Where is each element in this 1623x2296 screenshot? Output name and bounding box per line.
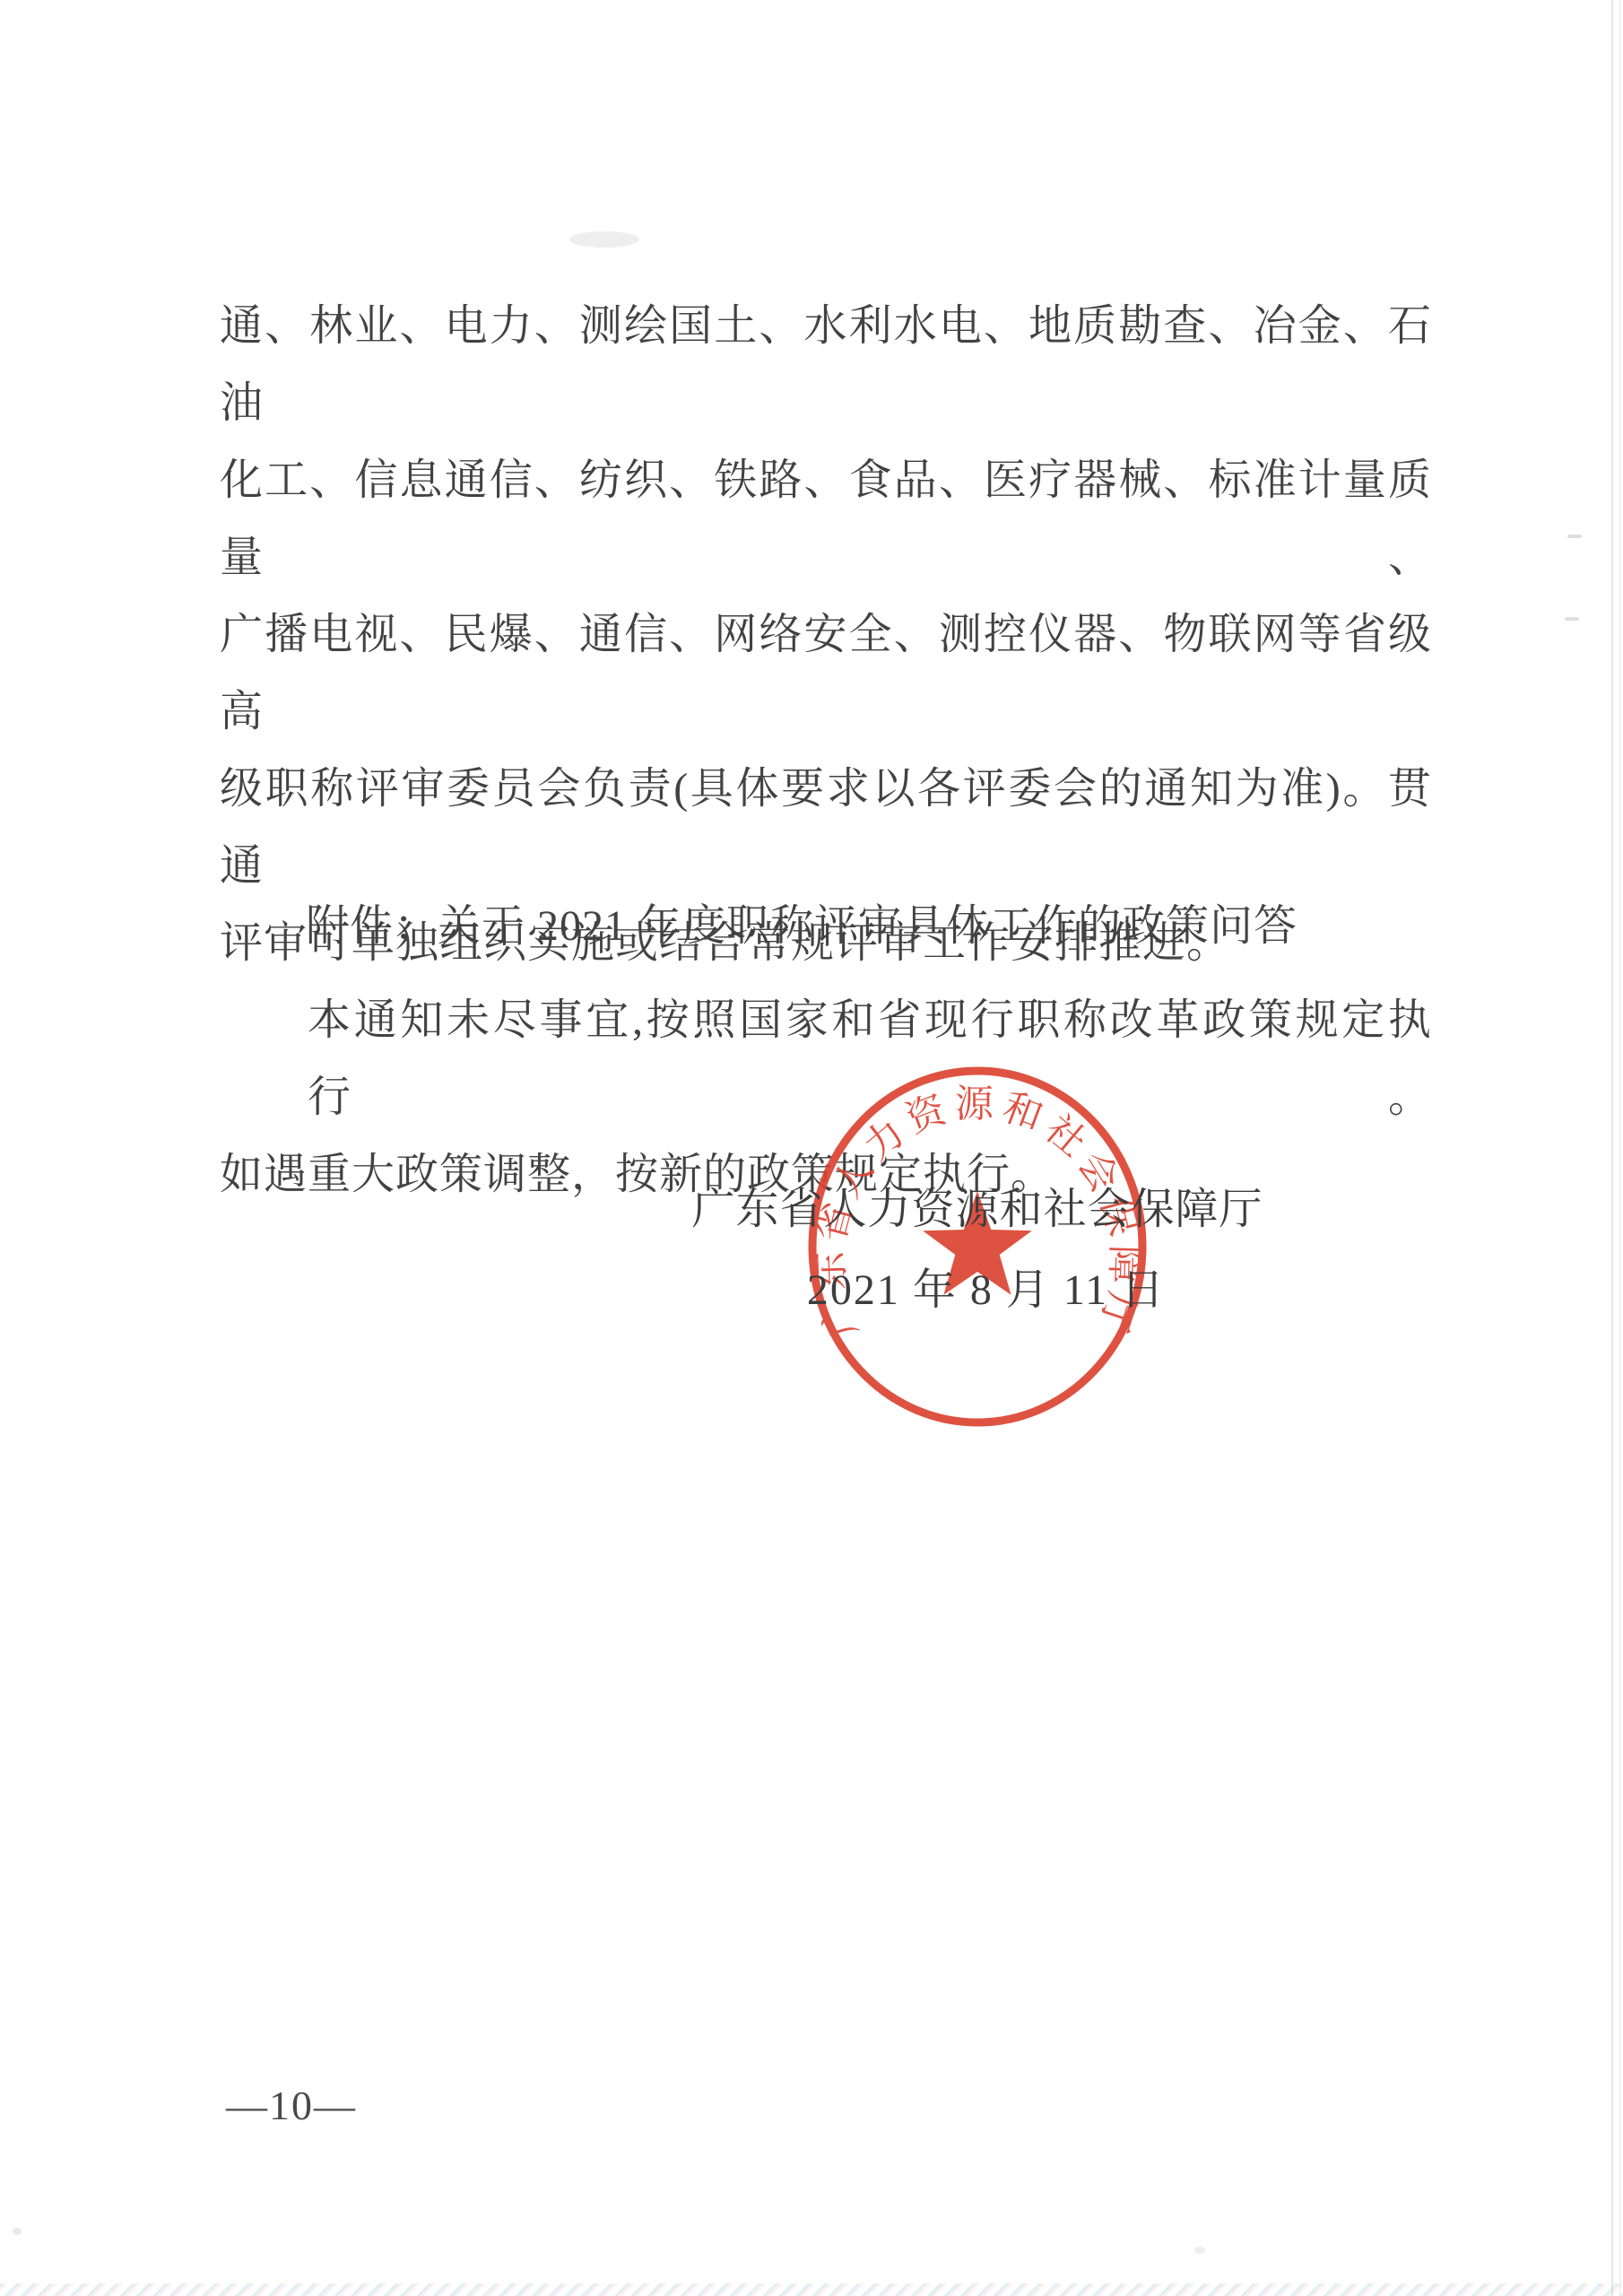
paragraph1-line-3: 广播电视、民爆、通信、网络安全、测控仪器、物联网等省级高 [220, 596, 1432, 751]
paragraph1-line-2: 化工、信息通信、纺织、铁路、食品、医疗器械、标准计量质量、 [220, 442, 1432, 596]
issue-date: 2021 年 8 月 11 日 [798, 1252, 1175, 1329]
paragraph1-line-1: 通、林业、电力、测绘国土、水利水电、地质勘查、冶金、石油 [220, 288, 1432, 442]
page-number: —10— [226, 2079, 357, 2133]
scan-smudge [1194, 2247, 1205, 2254]
issuer-name: 广东省人力资源和社会保障厅 [681, 1171, 1273, 1248]
scan-smudge [1565, 617, 1579, 621]
scanned-document-page: 通、林业、电力、测绘国土、水利水电、地质勘查、冶金、石油 化工、信息通信、纺织、… [0, 0, 1623, 2296]
paragraph1-line-4: 级职称评审委员会负责(具体要求以各评委会的通知为准)。贯通 [220, 751, 1432, 905]
scan-edge-line [1611, 0, 1613, 2296]
scan-smudge [569, 231, 639, 248]
anti-copy-pattern-strip [0, 2283, 1623, 2296]
scan-edge-line [1619, 0, 1621, 2296]
attachment-line: 附件：关于 2021 年度职称评审具体工作的政策问答 [306, 888, 1298, 965]
scan-smudge [13, 2228, 22, 2235]
scan-smudge [1567, 535, 1582, 538]
